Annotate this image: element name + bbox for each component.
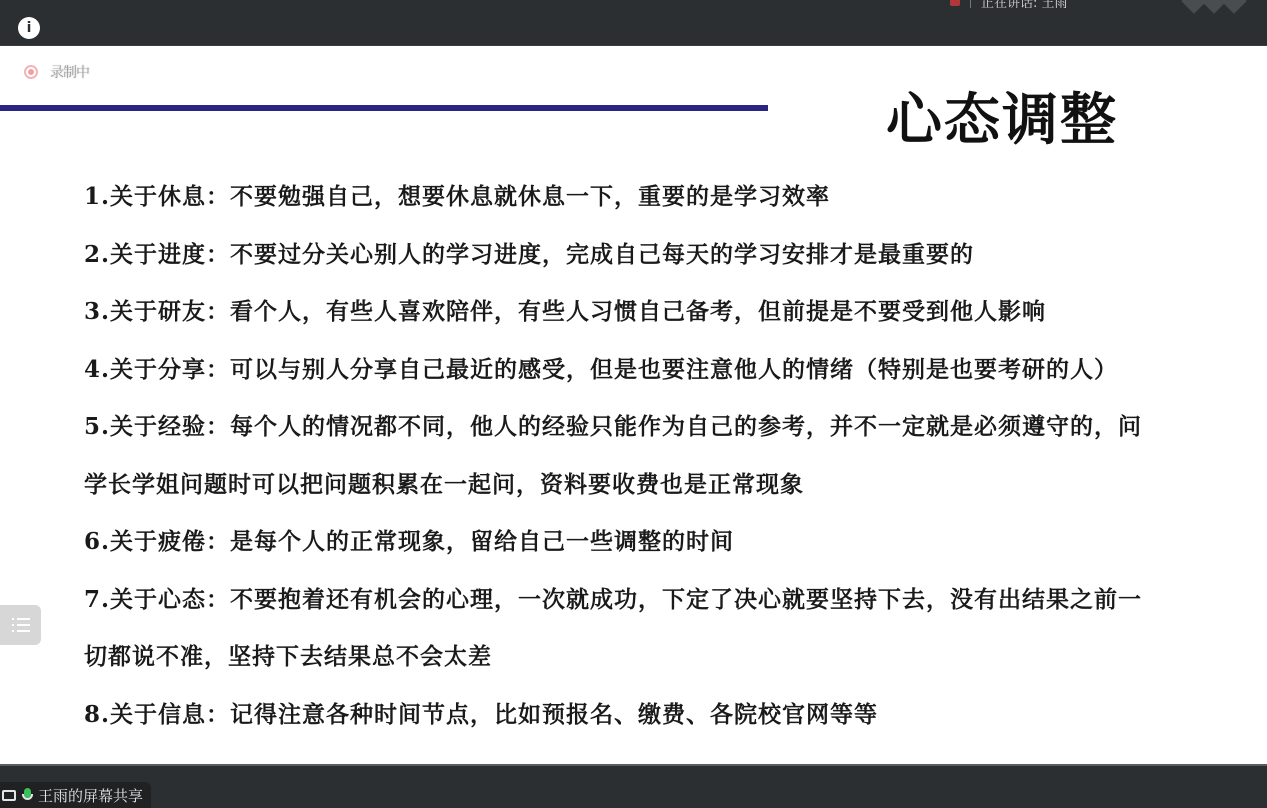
app-icon: [950, 0, 960, 6]
slide-line-7: 7.关于心态：不要抱着还有机会的心理，一次就成功，下定了决心就要坚持下去，没有出…: [84, 579, 1259, 637]
slide-line-8: 8.关于信息：记得注意各种时间节点，比如预报名、缴费、各院校官网等等: [84, 694, 1259, 752]
divider: [970, 0, 971, 8]
screen-share-label[interactable]: 王雨的屏幕共享: [0, 782, 151, 806]
share-owner-label: 王雨的屏幕共享: [38, 785, 143, 806]
slide-line-2: 2.关于进度：不要过分关心别人的学习进度，完成自己每天的学习安排才是最重要的: [84, 234, 1259, 292]
window-controls: [1185, 0, 1243, 10]
recording-label: 录制中: [50, 62, 89, 82]
speaker-label: 正在讲话: 王雨: [981, 0, 1068, 8]
slide-line-5: 5.关于经验：每个人的情况都不同，他人的经验只能作为自己的参考，并不一定就是必须…: [84, 406, 1259, 464]
top-toolbar: i 正在讲话: 王雨: [0, 0, 1267, 46]
speaker-indicator: 正在讲话: 王雨: [950, 0, 1068, 8]
slide-line-1: 1.关于休息：不要勉强自己，想要休息就休息一下，重要的是学习效率: [84, 176, 1259, 234]
slide-line-3: 3.关于研友：看个人，有些人喜欢陪伴，有些人习惯自己备考，但前提是不要受到他人影…: [84, 291, 1259, 349]
toc-button[interactable]: [0, 605, 41, 645]
record-icon: [24, 65, 38, 79]
list-icon: [11, 616, 31, 634]
info-icon[interactable]: i: [18, 17, 40, 39]
slide-content: 1.关于休息：不要勉强自己，想要休息就休息一下，重要的是学习效率 2.关于进度：…: [84, 176, 1259, 751]
recording-indicator: 录制中: [24, 62, 89, 82]
slide-line-7-cont: 切都说不准，坚持下去结果总不会太差: [84, 636, 1259, 694]
close-icon[interactable]: [1221, 0, 1246, 14]
slide-line-5-cont: 学长学姐问题时可以把问题积累在一起问，资料要收费也是正常现象: [84, 464, 1259, 522]
slide-line-4: 4.关于分享：可以与别人分享自己最近的感受，但是也要注意他人的情绪（特别是也要考…: [84, 349, 1259, 407]
title-rule: [0, 105, 768, 111]
screen-share-icon: [2, 790, 16, 801]
microphone-icon: [22, 788, 32, 802]
slide-line-6: 6.关于疲倦：是每个人的正常现象，留给自己一些调整的时间: [84, 521, 1259, 579]
bottom-bar: 王雨的屏幕共享: [0, 764, 1267, 806]
shared-slide: 录制中 心态调整 1.关于休息：不要勉强自己，想要休息就休息一下，重要的是学习效…: [0, 46, 1267, 764]
slide-title: 心态调整: [886, 76, 1118, 156]
